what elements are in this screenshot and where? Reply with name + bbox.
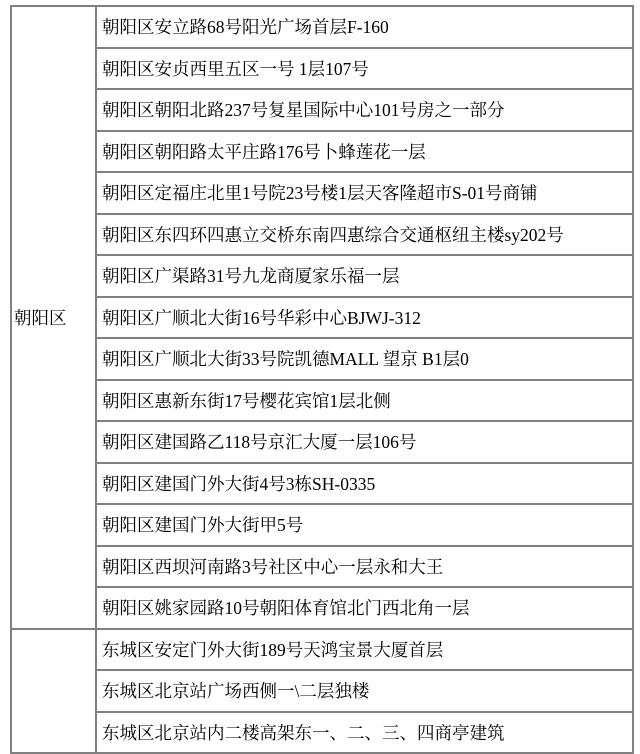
table-row: 朝阳区广顺北大街33号院凯德MALL 望京 B1层0 bbox=[11, 338, 633, 380]
table-row: 朝阳区朝阳北路237号复星国际中心101号房之一部分 bbox=[11, 89, 633, 131]
district-section-chaoyang: 朝阳区 朝阳区安立路68号阳光广场首层F-160 朝阳区安贞西里五区一号 1层1… bbox=[11, 6, 633, 629]
table-row: 朝阳区建国门外大街4号3栋SH-0335 bbox=[11, 463, 633, 505]
address-cell: 朝阳区安贞西里五区一号 1层107号 bbox=[96, 48, 633, 90]
address-table: 朝阳区 朝阳区安立路68号阳光广场首层F-160 朝阳区安贞西里五区一号 1层1… bbox=[10, 5, 634, 739]
address-cell: 东城区北京站广场西侧一\二层独楼 bbox=[96, 670, 633, 712]
address-cell: 朝阳区定福庄北里1号院23号楼1层天客隆超市S-01号商铺 bbox=[96, 172, 633, 214]
address-cell: 朝阳区建国路乙118号京汇大厦一层106号 bbox=[96, 421, 633, 463]
table-row: 朝阳区西坝河南路3号社区中心一层永和大王 bbox=[11, 546, 633, 588]
table-row: 朝阳区安贞西里五区一号 1层107号 bbox=[11, 48, 633, 90]
address-cell: 朝阳区广顺北大街33号院凯德MALL 望京 B1层0 bbox=[96, 338, 633, 380]
address-cell: 东城区安定门外大街189号天鸿宝景大厦首层 bbox=[96, 629, 633, 671]
address-cell: 朝阳区姚家园路10号朝阳体育馆北门西北角一层 bbox=[96, 587, 633, 629]
table-row: 东城区安定门外大街189号天鸿宝景大厦首层 bbox=[11, 629, 633, 671]
table-row: 朝阳区 朝阳区安立路68号阳光广场首层F-160 bbox=[11, 6, 633, 48]
table-row: 朝阳区广渠路31号九龙商厦家乐福一层 bbox=[11, 255, 633, 297]
address-cell: 朝阳区广顺北大街16号华彩中心BJWJ-312 bbox=[96, 297, 633, 339]
table-row: 朝阳区东四环四惠立交桥东南四惠综合交通枢纽主楼sy202号 bbox=[11, 214, 633, 256]
address-cell: 朝阳区建国门外大街4号3栋SH-0335 bbox=[96, 463, 633, 505]
district-section-dongcheng: 东城区安定门外大街189号天鸿宝景大厦首层 东城区北京站广场西侧一\二层独楼 东… bbox=[11, 629, 633, 740]
table-row: 朝阳区建国门外大街甲5号 bbox=[11, 504, 633, 546]
table-row: 朝阳区广顺北大街16号华彩中心BJWJ-312 bbox=[11, 297, 633, 339]
address-cell: 朝阳区东四环四惠立交桥东南四惠综合交通枢纽主楼sy202号 bbox=[96, 214, 633, 256]
address-cell: 朝阳区安立路68号阳光广场首层F-160 bbox=[96, 6, 633, 48]
address-cell: 朝阳区朝阳路太平庄路176号卜蜂莲花一层 bbox=[96, 131, 633, 173]
address-cell: 朝阳区建国门外大街甲5号 bbox=[96, 504, 633, 546]
address-cell: 东城区北京站内二楼高架东一、二、三、四商亭建筑 bbox=[96, 712, 633, 740]
table-row: 东城区北京站内二楼高架东一、二、三、四商亭建筑 bbox=[11, 712, 633, 740]
district-label-dongcheng bbox=[11, 629, 96, 740]
table-row: 东城区北京站广场西侧一\二层独楼 bbox=[11, 670, 633, 712]
address-cell: 朝阳区朝阳北路237号复星国际中心101号房之一部分 bbox=[96, 89, 633, 131]
table-row: 朝阳区建国路乙118号京汇大厦一层106号 bbox=[11, 421, 633, 463]
table-row: 朝阳区惠新东街17号樱花宾馆1层北侧 bbox=[11, 380, 633, 422]
table-row: 朝阳区定福庄北里1号院23号楼1层天客隆超市S-01号商铺 bbox=[11, 172, 633, 214]
table-row: 朝阳区姚家园路10号朝阳体育馆北门西北角一层 bbox=[11, 587, 633, 629]
table-row: 朝阳区朝阳路太平庄路176号卜蜂莲花一层 bbox=[11, 131, 633, 173]
district-label-chaoyang: 朝阳区 bbox=[11, 6, 96, 629]
address-cell: 朝阳区西坝河南路3号社区中心一层永和大王 bbox=[96, 546, 633, 588]
address-cell: 朝阳区广渠路31号九龙商厦家乐福一层 bbox=[96, 255, 633, 297]
address-cell: 朝阳区惠新东街17号樱花宾馆1层北侧 bbox=[96, 380, 633, 422]
